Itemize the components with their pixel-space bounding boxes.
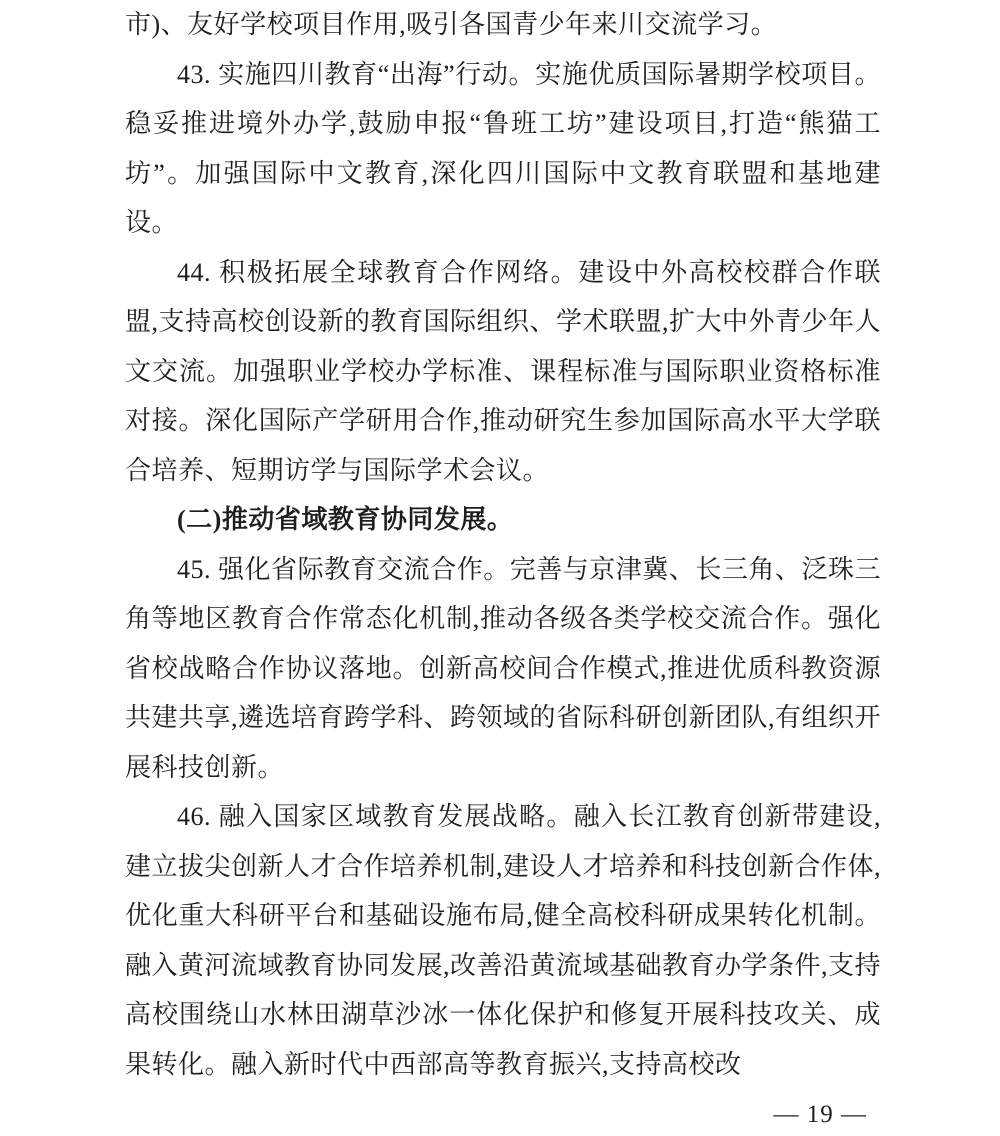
paragraph-item-43: 43. 实施四川教育“出海”行动。实施优质国际暑期学校项目。稳妥推进境外办学,鼓… (125, 50, 881, 248)
paragraph-item-45: 45. 强化省际教育交流合作。完善与京津冀、长三角、泛珠三角等地区教育合作常态化… (125, 545, 881, 793)
paragraph-item-46: 46. 融入国家区域教育发展战略。融入长江教育创新带建设,建立拔尖创新人才合作培… (125, 792, 881, 1089)
document-page: 市)、友好学校项目作用,吸引各国青少年来川交流学习。 43. 实施四川教育“出海… (0, 0, 1000, 1136)
page-number: — 19 — (774, 1100, 868, 1130)
paragraph-item-44: 44. 积极拓展全球教育合作网络。建设中外高校校群合作联盟,支持高校创设新的教育… (125, 248, 881, 496)
section-heading-2: (二)推动省域教育协同发展。 (125, 495, 881, 545)
paragraph-continuation: 市)、友好学校项目作用,吸引各国青少年来川交流学习。 (125, 0, 881, 50)
document-body: 市)、友好学校项目作用,吸引各国青少年来川交流学习。 43. 实施四川教育“出海… (125, 0, 881, 1089)
